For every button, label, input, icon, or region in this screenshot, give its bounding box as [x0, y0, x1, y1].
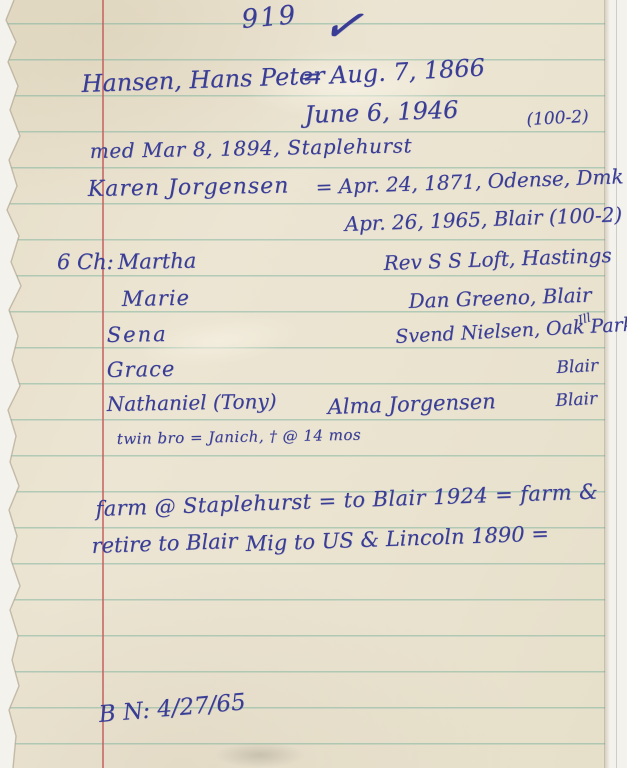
child-name: Nathaniel (Tony) — [107, 389, 277, 416]
child-place: Blair — [555, 389, 598, 411]
child-name: Grace — [107, 357, 176, 382]
page-number: 919 — [240, 0, 298, 35]
head-death-date: June 6, 1946 — [304, 96, 459, 129]
spouse-name: Karen Jorgensen — [88, 173, 290, 202]
child-name: Marie — [122, 286, 191, 311]
children-count-label: 6 Ch: — [57, 250, 114, 274]
ref-number: (100-2) — [526, 107, 589, 130]
torn-left-edge — [0, 0, 26, 768]
child-place: Blair — [556, 356, 599, 378]
ruled-lines — [0, 0, 605, 768]
child-name: Sena — [107, 322, 168, 347]
child-name: Martha — [118, 249, 197, 274]
paper-right-edge-shadow — [604, 0, 610, 768]
farm-note-line-2-left: retire to Blair — [91, 529, 238, 558]
scanner-background-line — [616, 0, 617, 768]
red-margin-line — [102, 0, 104, 768]
